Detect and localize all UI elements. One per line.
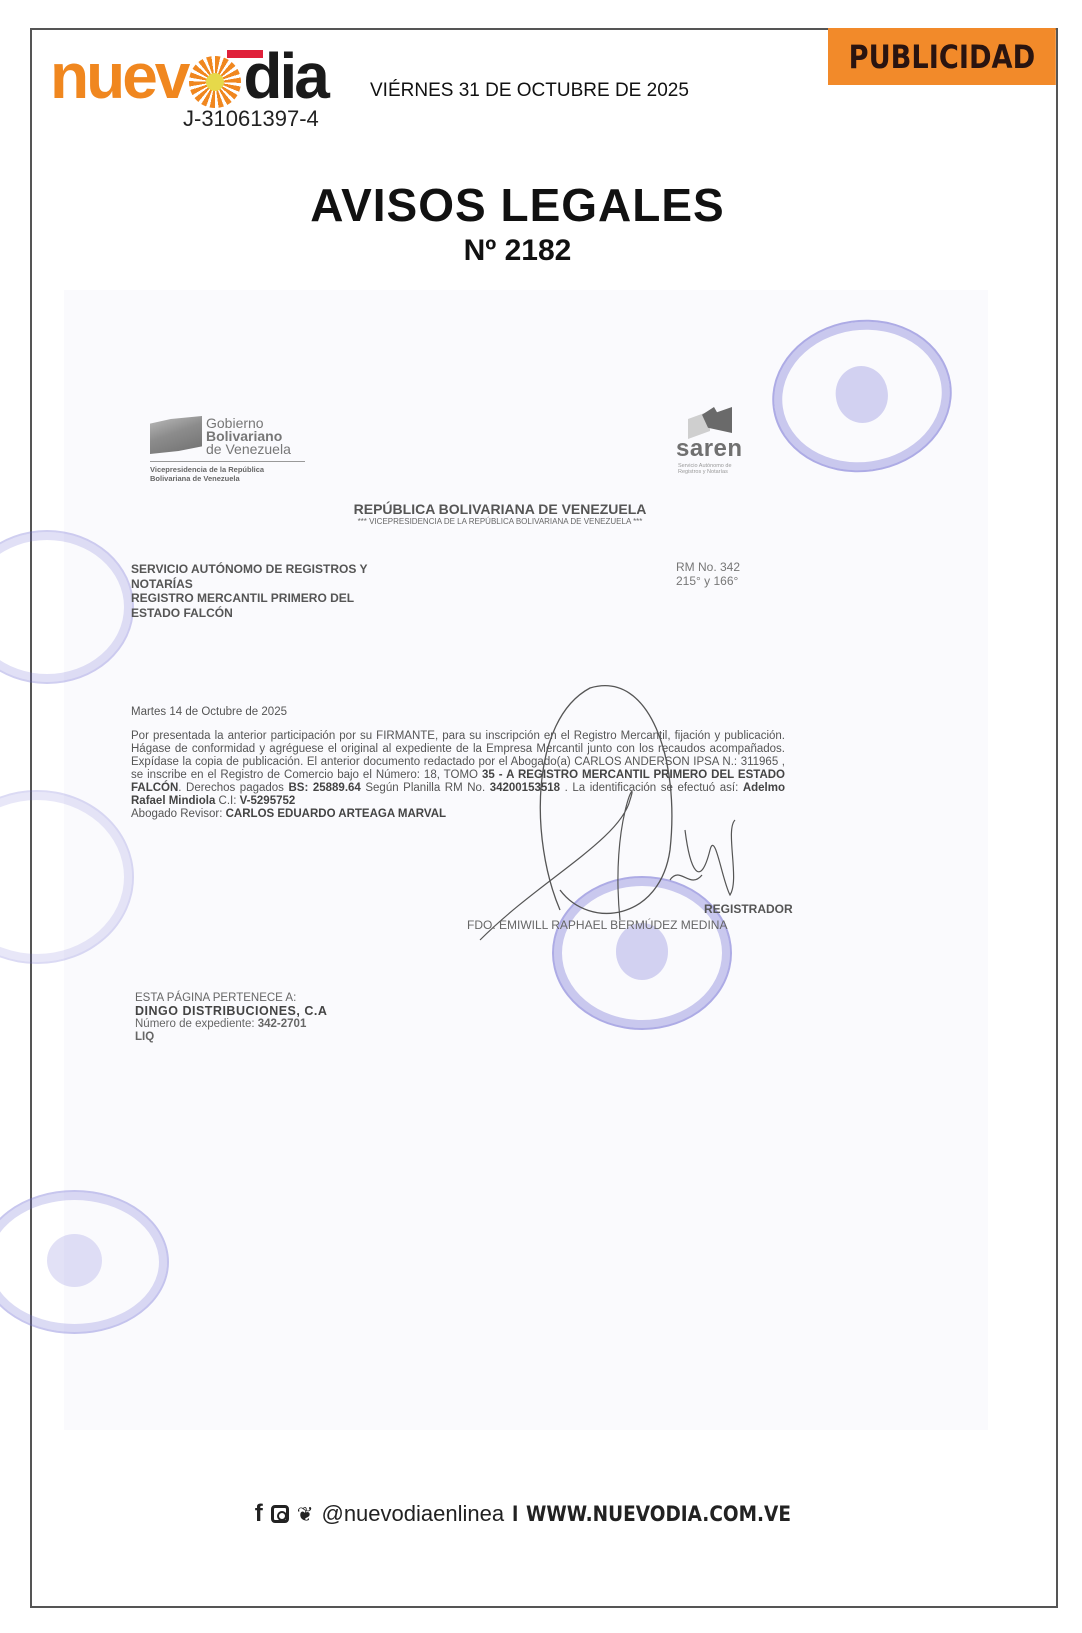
registrador-label: REGISTRADOR: [704, 902, 793, 916]
sun-icon: [189, 56, 241, 108]
company-name: DINGO DISTRIBUCIONES, C.A: [135, 1005, 327, 1018]
logo-accent-bar: [227, 50, 263, 58]
section-badge: PUBLICIDAD: [828, 28, 1056, 85]
office-line2: NOTARÍAS: [131, 577, 367, 592]
footer: f ❦ @nuevodiaenlinea I WWW.NUEVODIA.COM.…: [0, 1500, 1082, 1528]
rm-reference: RM No. 342 215° y 166°: [676, 560, 740, 588]
gov-caption-line2: Bolivariana de Venezuela: [150, 474, 264, 483]
republic-title: REPÚBLICA BOLIVARIANA DE VENEZUELA: [0, 501, 1000, 517]
office-line4: ESTADO FALCÓN: [131, 606, 367, 621]
planilla-number: 34200153518: [490, 782, 560, 794]
expediente-number: 342-2701: [258, 1018, 307, 1030]
gov-logo-caption: Vicepresidencia de la República Bolivari…: [150, 465, 264, 483]
registry-body-text: Por presentada la anterior participación…: [131, 730, 785, 821]
website-link[interactable]: WWW.NUEVODIA.COM.VE: [526, 1502, 791, 1526]
republic-subtitle: *** VICEPRESIDENCIA DE LA REPÚBLICA BOLI…: [0, 517, 1000, 526]
body-text-3: Según Planilla RM No.: [361, 782, 490, 794]
rm-years: 215° y 166°: [676, 574, 740, 588]
gov-logo-line3: de Venezuela: [206, 442, 291, 456]
saren-name: saren: [676, 435, 743, 463]
rm-number: RM No. 342: [676, 560, 740, 574]
flag-icon: [150, 416, 202, 454]
saren-caption: Servicio Autónomo de Registros y Notaría…: [678, 463, 758, 475]
office-line1: SERVICIO AUTÓNOMO DE REGISTROS Y: [131, 562, 367, 577]
saren-logo: saren Servicio Autónomo de Registros y N…: [676, 405, 756, 485]
saren-caption-line2: Registros y Notarías: [678, 469, 758, 475]
fees-paid: BS: 25889.64: [288, 782, 360, 794]
expediente-line: Número de expediente: 342-2701: [135, 1018, 327, 1031]
id-number: V-5295752: [240, 795, 296, 807]
gobierno-bolivariano-logo: Gobierno Bolivariano de Venezuela Vicepr…: [150, 410, 320, 490]
signatory-name: FDO. EMIWILL RAPHAEL BERMÚDEZ MEDINA: [467, 918, 727, 932]
facebook-icon[interactable]: f: [255, 1500, 263, 1528]
body-text-6: Abogado Revisor:: [131, 808, 226, 820]
document-date: Martes 14 de Octubre de 2025: [131, 706, 287, 718]
divider: [150, 461, 305, 462]
logo-text-nuev: nuev: [50, 46, 187, 106]
office-line3: REGISTRO MERCANTIL PRIMERO DEL: [131, 591, 367, 606]
body-text-2: . Derechos pagados: [178, 782, 288, 794]
social-handle[interactable]: @nuevodiaenlinea: [321, 1501, 504, 1527]
page-title: AVISOS LEGALES: [0, 178, 1035, 232]
body-text-5: C.I:: [215, 795, 239, 807]
official-stamp-center: [552, 876, 732, 1030]
expediente-label: Número de expediente:: [135, 1018, 258, 1030]
gov-caption-line1: Vicepresidencia de la República: [150, 465, 264, 474]
twitter-icon[interactable]: ❦: [297, 1502, 314, 1527]
body-text-4: . La identificación se efectuó así:: [560, 782, 743, 794]
liq-label: LIQ: [135, 1031, 327, 1044]
edition-number: Nº 2182: [0, 234, 1035, 268]
publication-date: VIÉRNES 31 DE OCTUBRE DE 2025: [370, 80, 689, 102]
instagram-icon[interactable]: [271, 1505, 289, 1523]
page-owner-block: ESTA PÁGINA PERTENECE A: DINGO DISTRIBUC…: [135, 992, 327, 1044]
nuevodia-logo: nuev dia: [50, 46, 327, 106]
reviewing-lawyer: CARLOS EDUARDO ARTEAGA MARVAL: [226, 808, 446, 820]
registry-office: SERVICIO AUTÓNOMO DE REGISTROS Y NOTARÍA…: [131, 562, 367, 620]
separator: I: [512, 1501, 518, 1527]
rif-number: J-31061397-4: [183, 106, 319, 132]
